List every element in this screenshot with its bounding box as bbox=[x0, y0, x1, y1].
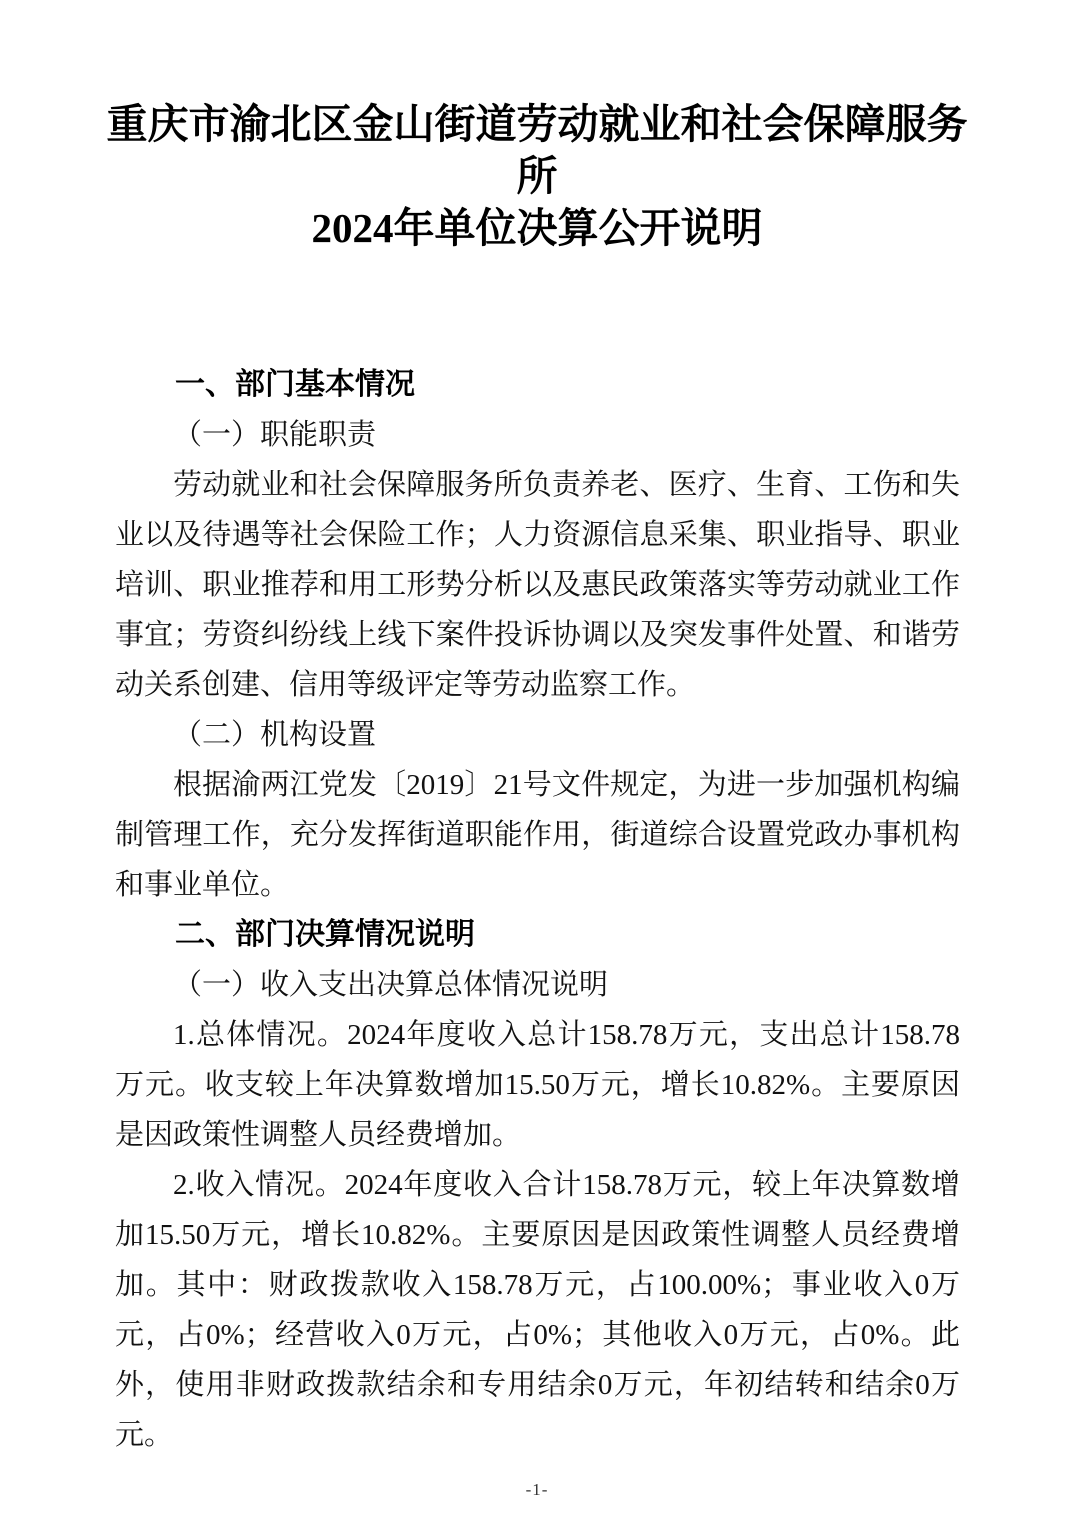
title-line-3: 2024年单位决算公开说明 bbox=[57, 202, 1017, 254]
section-1-sub-2-heading: （二）机构设置 bbox=[115, 710, 960, 760]
section-1-paragraph-1: 劳动就业和社会保障服务所负责养老、医疗、生育、工伤和失业以及待遇等社会保险工作；… bbox=[115, 460, 960, 710]
document-body: 一、部门基本情况 （一）职能职责 劳动就业和社会保障服务所负责养老、医疗、生育、… bbox=[115, 360, 960, 1460]
section-1-heading: 一、部门基本情况 bbox=[115, 360, 960, 410]
section-2-sub-1-heading: （一）收入支出决算总体情况说明 bbox=[115, 960, 960, 1010]
section-1-sub-1-heading: （一）职能职责 bbox=[115, 410, 960, 460]
section-2-paragraph-1: 1.总体情况。2024年度收入总计158.78万元，支出总计158.78万元。收… bbox=[115, 1010, 960, 1160]
document-page: 重庆市渝北区金山街道劳动就业和社会保障服务 所 2024年单位决算公开说明 一、… bbox=[0, 0, 1074, 1520]
page-number: -1- bbox=[0, 1480, 1074, 1500]
title-line-2: 所 bbox=[57, 150, 1017, 202]
document-title: 重庆市渝北区金山街道劳动就业和社会保障服务 所 2024年单位决算公开说明 bbox=[57, 98, 1017, 254]
section-2-heading: 二、部门决算情况说明 bbox=[115, 910, 960, 960]
title-line-1: 重庆市渝北区金山街道劳动就业和社会保障服务 bbox=[57, 98, 1017, 150]
section-1-paragraph-2: 根据渝两江党发〔2019〕21号文件规定，为进一步加强机构编制管理工作，充分发挥… bbox=[115, 760, 960, 910]
section-2-paragraph-2: 2.收入情况。2024年度收入合计158.78万元，较上年决算数增加15.50万… bbox=[115, 1160, 960, 1460]
